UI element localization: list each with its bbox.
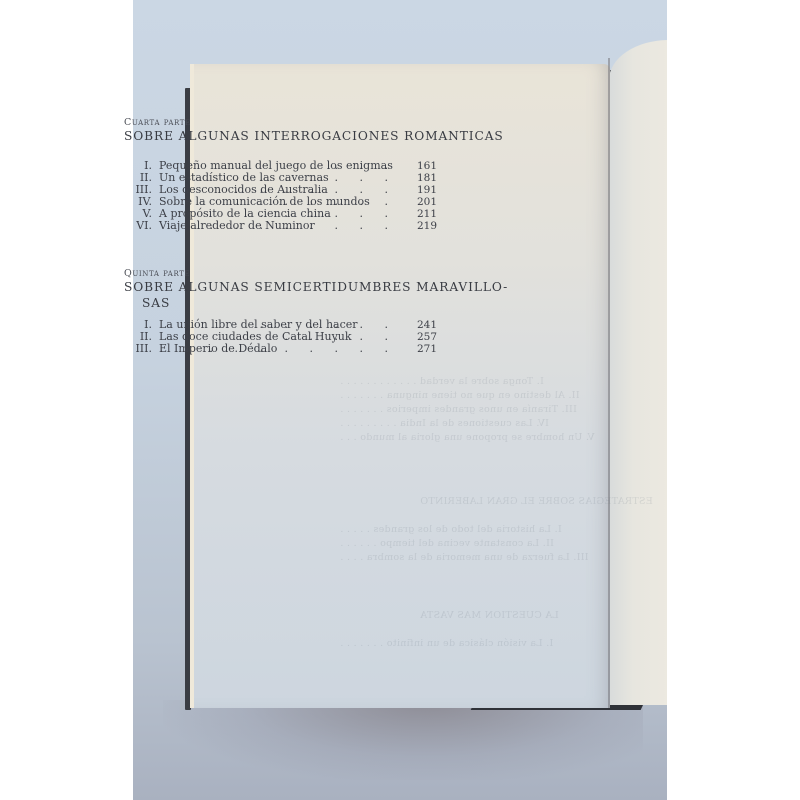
chapter-list: I. La unión libre del saber y del hacer … [124, 319, 444, 355]
show-through-text: II. Al destino en que no tiene ninguna .… [340, 390, 580, 401]
part-label: Cuarta parte [124, 117, 191, 128]
chapter-number: VI. [136, 220, 152, 232]
show-through-text: IV. Las cuestiones de la India . . . . .… [340, 418, 549, 429]
show-through-text: ESTRATEGIAS SOBRE EL GRAN LABERINTO [420, 496, 653, 507]
show-through-text: I. Tonga sobre la verdad . . . . . . . .… [340, 376, 544, 387]
part-title: SOBRE ALGUNAS INTERROGACIONES ROMANTICAS [124, 128, 504, 144]
toc-entry: VI. Viaje alrededor de Numinor . . . . .… [124, 220, 444, 232]
page-number: 257 [407, 331, 437, 343]
chapter-number: III. [135, 343, 152, 355]
page-number: 241 [407, 319, 437, 331]
leader-dots: . . . . . . . . . . [159, 343, 397, 355]
book-gutter [608, 58, 610, 708]
show-through-text: I. La visión clásica de un infinito . . … [340, 638, 553, 649]
book-shadow [163, 700, 643, 780]
part-label: Quinta parte [124, 268, 190, 279]
page-number: 161 [407, 160, 437, 172]
page-number: 211 [407, 208, 437, 220]
page-number: 191 [407, 184, 437, 196]
leader-dots: . . . . . . . . [159, 220, 397, 232]
right-page [609, 40, 667, 705]
show-through-text: V. Un hombre se propone una gloria al mu… [340, 432, 595, 443]
part-title-continuation: SAS [124, 295, 508, 311]
show-through-text: I. La historia del todo de los grandes .… [340, 524, 562, 535]
chapter-list: I. Pequeño manual del juego de los enigm… [124, 160, 444, 232]
page-number: 219 [407, 220, 437, 232]
page-number: 201 [407, 196, 437, 208]
book-photo: I. Tonga sobre la verdad . . . . . . . .… [133, 0, 667, 800]
show-through-text: II. La constante vecina del tiempo . . .… [340, 538, 554, 549]
toc-entry: III. El Imperio de Dédalo . . . . . . . … [124, 343, 444, 355]
part-title-text: SOBRE ALGUNAS INTERROGACIONES ROMANTICAS [124, 129, 504, 143]
part-title: SOBRE ALGUNAS SEMICERTIDUMBRES MARAVILLO… [124, 279, 508, 311]
show-through-text: LA CUESTION MAS VASTA [420, 610, 559, 621]
part-title-text: SOBRE ALGUNAS SEMICERTIDUMBRES MARAVILLO… [124, 280, 508, 294]
page-number: 181 [407, 172, 437, 184]
show-through-text: III. Tiranía en unos grandes imperios . … [340, 404, 577, 415]
page-number: 271 [407, 343, 437, 355]
show-through-text: III. La fuerza de una memoria de la somb… [340, 552, 589, 563]
